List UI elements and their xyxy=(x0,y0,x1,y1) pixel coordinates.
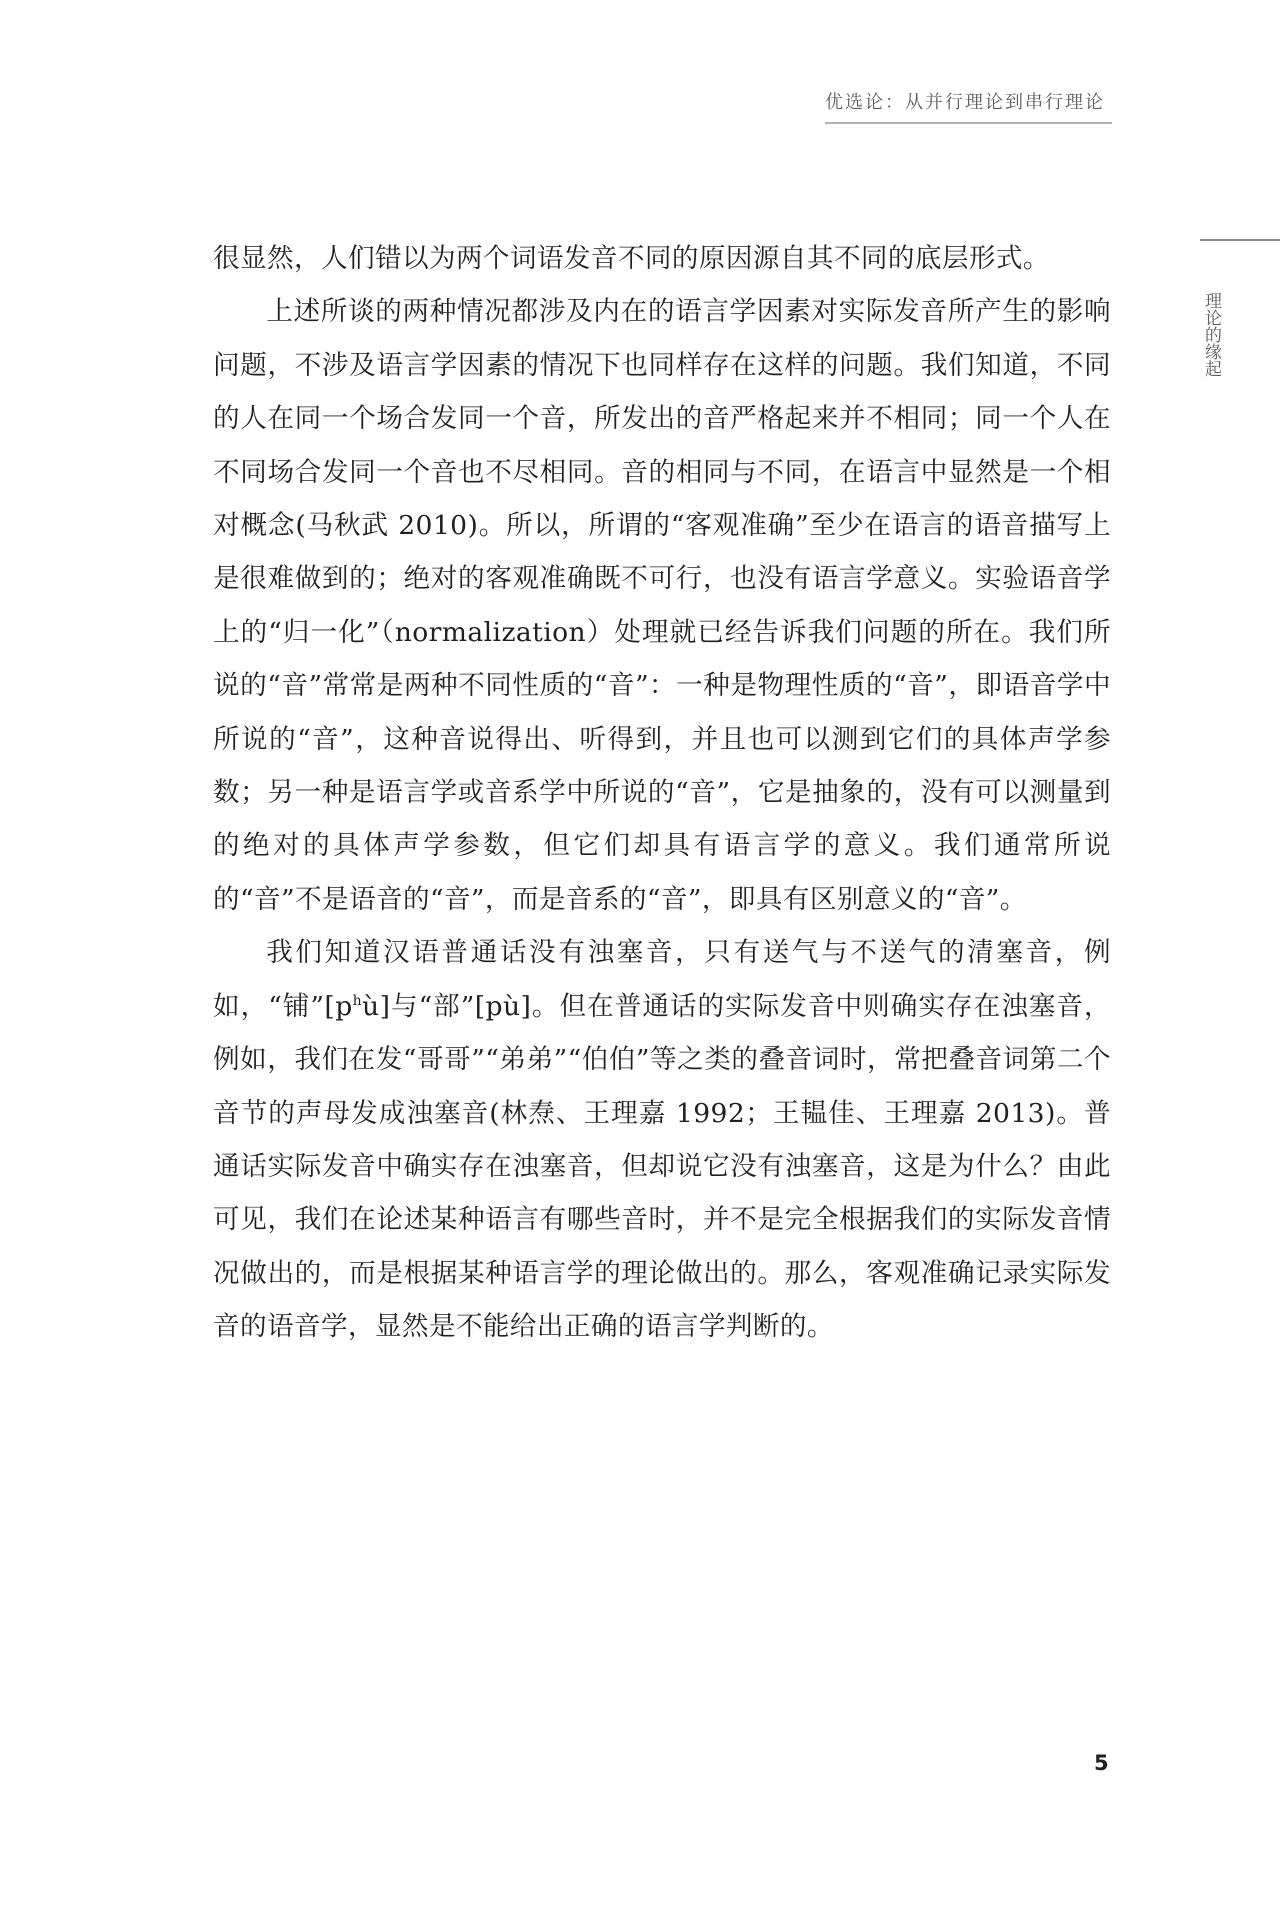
page-number: 5 xyxy=(1094,1751,1109,1775)
paragraph-2: 上述所谈的两种情况都涉及内在的语言学因素对实际发音所产生的影响问题，不涉及语言学… xyxy=(213,285,1111,926)
ipa-aspiration-superscript: h xyxy=(353,993,362,1009)
running-header-title: 优选论：从并行理论到串行理论 xyxy=(825,90,1112,124)
side-tab-rule xyxy=(1200,239,1280,241)
paragraph-3-text-after-ipa: ù]与“部”[pù]。但在普通话的实际发音中则确实存在浊塞音，例如，我们在发“哥… xyxy=(213,991,1111,1342)
paragraph-1: 很显然，人们错以为两个词语发音不同的原因源自其不同的底层形式。 xyxy=(213,232,1111,285)
body-text: 很显然，人们错以为两个词语发音不同的原因源自其不同的底层形式。 上述所谈的两种情… xyxy=(213,232,1111,1354)
side-tab-chapter-label: 理论的缘起 xyxy=(1198,292,1220,377)
paragraph-3: 我们知道汉语普通话没有浊塞音，只有送气与不送气的清塞音，例如，“铺”[phù]与… xyxy=(213,926,1111,1353)
